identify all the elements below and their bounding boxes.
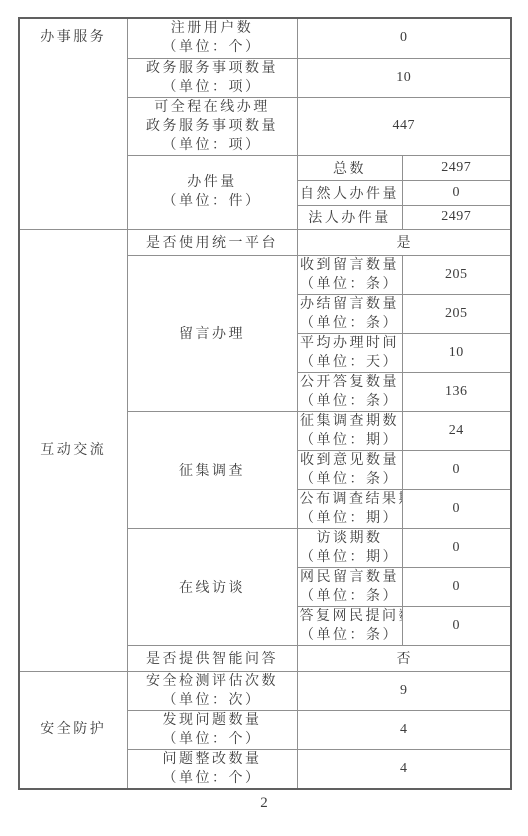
cell-unified-platform-label: 是否使用统一平台 <box>127 229 297 255</box>
cell-smart-qa-label: 是否提供智能问答 <box>127 645 297 671</box>
cell-opinions-received-label: 收到意见数量 （单位：条） <box>297 450 402 489</box>
cell-interview-periods-label: 访谈期数 （单位：期） <box>297 528 402 567</box>
cell-survey-periods-label: 征集调查期数 （单位：期） <box>297 411 402 450</box>
cell-case-legal-person-value: 2497 <box>402 205 511 229</box>
cell-messages-received-label: 收到留言数量 （单位：条） <box>297 255 402 294</box>
cell-netizen-replies-value: 0 <box>402 606 511 645</box>
cell-case-total-label: 总数 <box>297 155 402 180</box>
cell-full-online-items-label: 可全程在线办理 政务服务事项数量 （单位：项） <box>127 97 297 155</box>
cell-opinions-received-value: 0 <box>402 450 511 489</box>
cell-avg-handling-time-label: 平均办理时间 （单位：天） <box>297 333 402 372</box>
cell-online-interview-label: 在线访谈 <box>127 528 297 645</box>
page-number: 2 <box>0 795 528 812</box>
group-cell-service-handling: 办事服务 <box>19 18 127 229</box>
cell-survey-label: 征集调查 <box>127 411 297 528</box>
cell-full-online-items-value: 447 <box>297 97 511 155</box>
cell-case-natural-person-value: 0 <box>402 180 511 205</box>
cell-messages-completed-value: 205 <box>402 294 511 333</box>
cell-problems-found-label: 发现问题数量 （单位：个） <box>127 710 297 749</box>
cell-survey-results-label: 公布调查结果期数 （单位：期） <box>297 489 402 528</box>
cell-interview-periods-value: 0 <box>402 528 511 567</box>
cell-public-replies-label: 公开答复数量 （单位：条） <box>297 372 402 411</box>
cell-problems-found-value: 4 <box>297 710 511 749</box>
cell-unified-platform-value: 是 <box>297 229 511 255</box>
cell-gov-service-items-label: 政务服务事项数量 （单位：项） <box>127 58 297 97</box>
group-label: 安全防护 <box>22 720 125 739</box>
report-page: 办事服务 注册用户数 （单位：个） 0 政务服务事项数量 （单位：项） 10 可… <box>0 0 528 836</box>
cell-survey-results-value: 0 <box>402 489 511 528</box>
cell-public-replies-value: 136 <box>402 372 511 411</box>
statistics-table: 办事服务 注册用户数 （单位：个） 0 政务服务事项数量 （单位：项） 10 可… <box>18 17 512 790</box>
cell-messages-completed-label: 办结留言数量 （单位：条） <box>297 294 402 333</box>
cell-problems-rectified-value: 4 <box>297 749 511 789</box>
cell-gov-service-items-value: 10 <box>297 58 511 97</box>
cell-problems-rectified-label: 问题整改数量 （单位：个） <box>127 749 297 789</box>
cell-case-total-value: 2497 <box>402 155 511 180</box>
cell-netizen-replies-label: 答复网民提问数量 （单位：条） <box>297 606 402 645</box>
cell-netizen-messages-value: 0 <box>402 567 511 606</box>
cell-case-volume-label: 办件量 （单位：件） <box>127 155 297 229</box>
cell-netizen-messages-label: 网民留言数量 （单位：条） <box>297 567 402 606</box>
cell-smart-qa-value: 否 <box>297 645 511 671</box>
cell-registered-users-value: 0 <box>297 18 511 58</box>
group-cell-interaction: 互动交流 <box>19 229 127 671</box>
cell-security-assessments-value: 9 <box>297 671 511 710</box>
group-label: 办事服务 <box>22 28 125 47</box>
cell-security-assessments-label: 安全检测评估次数 （单位：次） <box>127 671 297 710</box>
cell-avg-handling-time-value: 10 <box>402 333 511 372</box>
cell-survey-periods-value: 24 <box>402 411 511 450</box>
cell-case-natural-person-label: 自然人办件量 <box>297 180 402 205</box>
group-label: 互动交流 <box>22 441 125 460</box>
cell-case-legal-person-label: 法人办件量 <box>297 205 402 229</box>
cell-registered-users-label: 注册用户数 （单位：个） <box>127 18 297 58</box>
cell-messages-received-value: 205 <box>402 255 511 294</box>
group-cell-security: 安全防护 <box>19 671 127 789</box>
cell-message-handling-label: 留言办理 <box>127 255 297 411</box>
